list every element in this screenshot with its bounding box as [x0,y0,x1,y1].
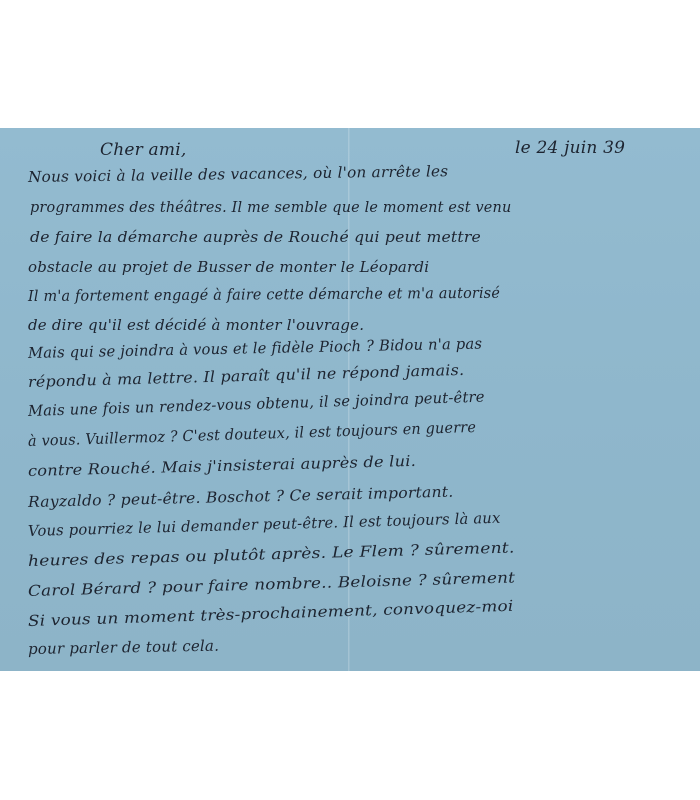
letter-line: de dire qu'il est décidé à monter l'ouvr… [28,316,364,334]
date: le 24 juin 39 [515,138,625,158]
letter-line: obstacle au projet de Busser de monter l… [28,258,429,276]
letter-line: de faire la démarche auprès de Rouché qu… [30,228,481,246]
letter-line: programmes des théâtres. Il me semble qu… [30,198,511,216]
letter-line: Il m'a fortement engagé à faire cette dé… [28,284,500,305]
salutation: Cher ami, [100,140,186,160]
letter-line: pour parler de tout cela. [28,637,219,658]
